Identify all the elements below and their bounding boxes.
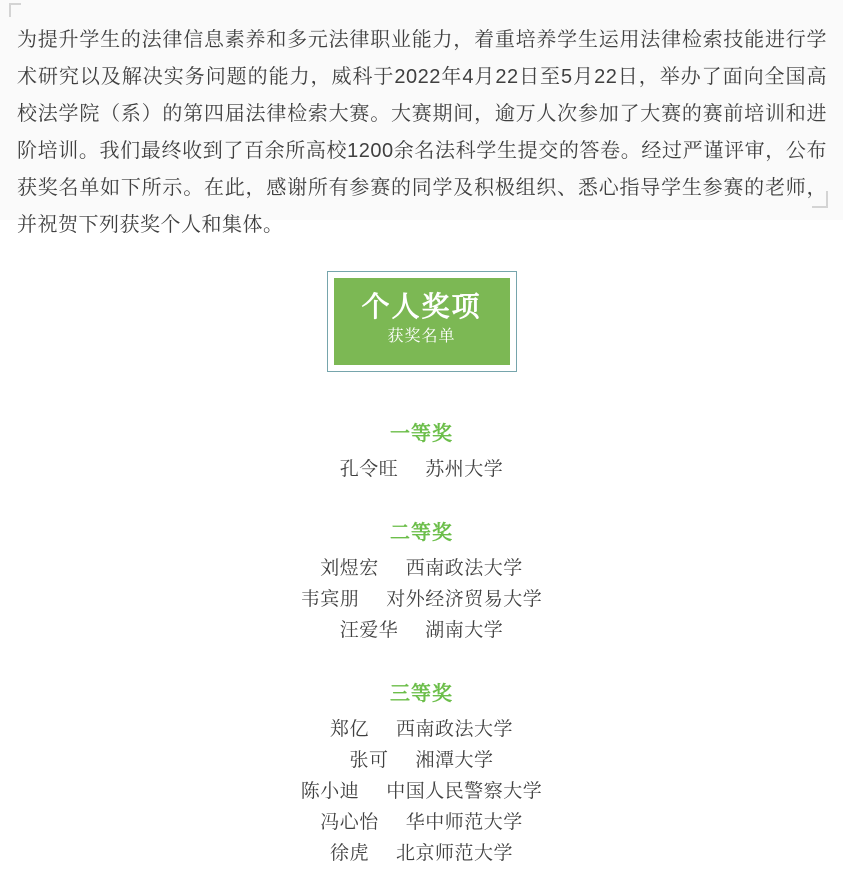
intro-section: 为提升学生的法律信息素养和多元法律职业能力，着重培养学生运用法律检索技能进行学术… [0,0,843,220]
winner-name: 孔令旺 [340,454,399,485]
award-box: 个人奖项 获奖名单 [327,271,517,372]
text-boundary-corner-top-left-icon [9,3,21,17]
award-box-subtitle: 获奖名单 [334,325,510,349]
winner-school: 湘潭大学 [416,745,494,776]
award-section: 二等奖刘煜宏西南政法大学韦宾朋对外经济贸易大学汪爱华湖南大学 [0,519,843,646]
winner-row: 刘煜宏西南政法大学 [0,553,843,584]
winner-row: 孔令旺苏州大学 [0,454,843,485]
winner-school: 湖南大学 [425,615,503,646]
winner-school: 华中师范大学 [406,807,523,838]
section-heading: 二等奖 [0,519,843,547]
winner-name: 刘煜宏 [320,553,379,584]
section-heading: 一等奖 [0,420,843,448]
winner-name: 韦宾朋 [301,584,360,615]
winner-school: 中国人民警察大学 [386,776,542,807]
page: { "colors": { "intro_bg": "#FAFAFA", "te… [0,0,843,888]
winner-row: 冯心怡华中师范大学 [0,807,843,838]
award-box-title: 个人奖项 [334,291,510,323]
winner-name: 郑亿 [330,714,369,745]
winner-row: 张可湘潭大学 [0,745,843,776]
winner-name: 徐虎 [330,838,369,869]
winner-name: 张可 [349,745,388,776]
winner-row: 徐虎北京师范大学 [0,838,843,869]
winner-school: 北京师范大学 [396,838,513,869]
winner-name: 冯心怡 [320,807,379,838]
award-section: 三等奖郑亿西南政法大学张可湘潭大学陈小迪中国人民警察大学冯心怡华中师范大学徐虎北… [0,680,843,869]
winner-row: 陈小迪中国人民警察大学 [0,776,843,807]
main-content: 个人奖项 获奖名单 一等奖孔令旺苏州大学二等奖刘煜宏西南政法大学韦宾朋对外经济贸… [0,271,843,869]
award-box-inner: 个人奖项 获奖名单 [334,278,510,365]
winner-row: 韦宾朋对外经济贸易大学 [0,584,843,615]
winner-name: 汪爱华 [340,615,399,646]
award-section: 一等奖孔令旺苏州大学 [0,420,843,485]
winner-school: 西南政法大学 [396,714,513,745]
winner-school: 苏州大学 [425,454,503,485]
section-heading: 三等奖 [0,680,843,708]
winner-row: 郑亿西南政法大学 [0,714,843,745]
winner-school: 西南政法大学 [406,553,523,584]
winner-school: 对外经济贸易大学 [386,584,542,615]
award-sections: 一等奖孔令旺苏州大学二等奖刘煜宏西南政法大学韦宾朋对外经济贸易大学汪爱华湖南大学… [0,420,843,869]
winner-name: 陈小迪 [301,776,360,807]
winner-row: 汪爱华湖南大学 [0,615,843,646]
intro-paragraph: 为提升学生的法律信息素养和多元法律职业能力，着重培养学生运用法律检索技能进行学术… [17,22,827,244]
